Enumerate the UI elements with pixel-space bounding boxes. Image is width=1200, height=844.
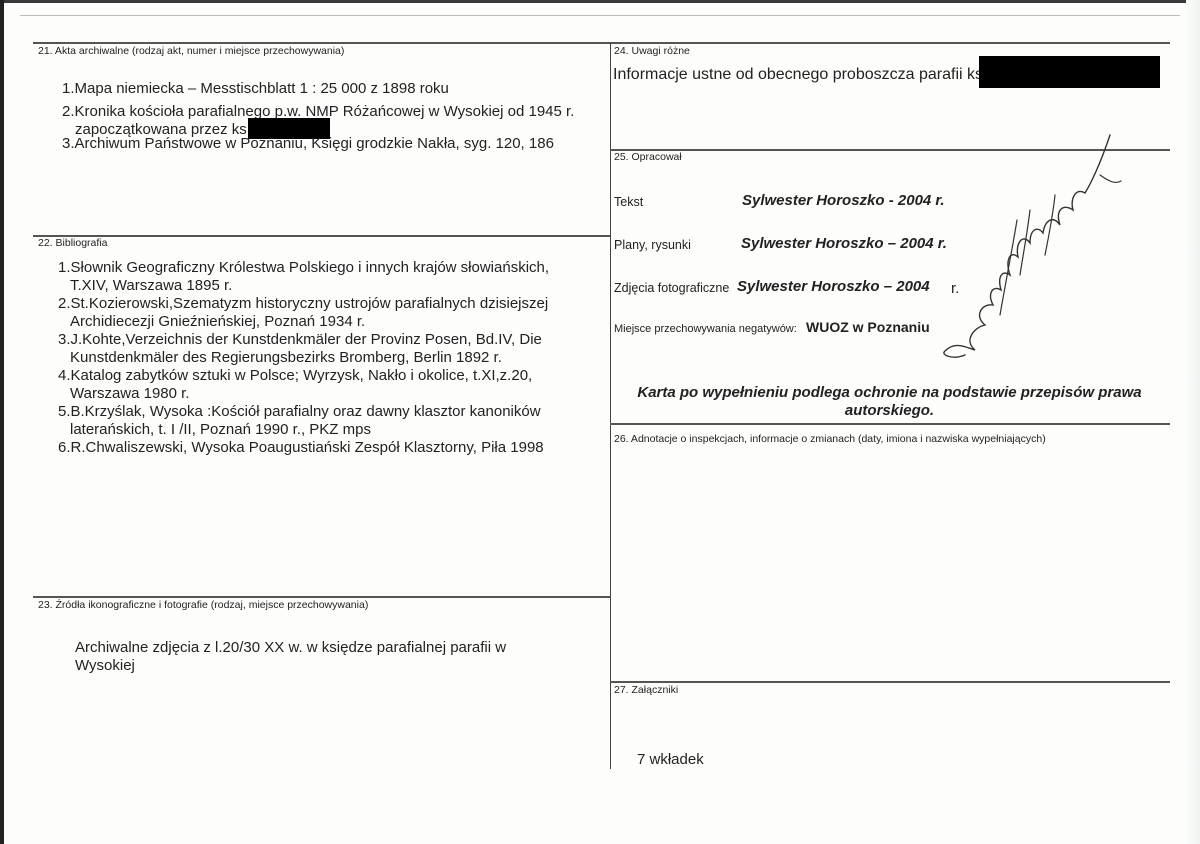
section-26-title: 26. Adnotacje o inspekcjach, informacje … xyxy=(614,433,1046,445)
copyright-notice: Karta po wypełnieniu podlega ochronie na… xyxy=(612,384,1167,420)
rule-section-26 xyxy=(610,423,1170,425)
bibliography-item: 1.Słownik Geograficzny Królestwa Polskie… xyxy=(58,259,588,295)
iconographic-sources-text: Archiwalne zdjęcia z l.20/30 XX w. w ksi… xyxy=(75,639,555,675)
faint-top-rule xyxy=(20,15,1180,16)
negatives-location-value: WUOZ w Poznaniu xyxy=(806,319,930,335)
text-author-label: Tekst xyxy=(614,195,643,209)
scan-edge-top xyxy=(0,0,1200,3)
section-25-title: 25. Opracował xyxy=(614,151,682,163)
rule-section-27 xyxy=(610,681,1170,683)
attachments-count: 7 wkładek xyxy=(637,751,704,769)
section-23-title: 23. Źródła ikonograficzne i fotografie (… xyxy=(38,599,368,611)
plans-author-value: Sylwester Horoszko – 2004 r. xyxy=(741,235,947,252)
archive-item-3: 3.Archiwum Państwowe w Poznaniu, Księgi … xyxy=(62,135,554,153)
redaction-box xyxy=(979,56,1160,88)
section-27-title: 27. Załączniki xyxy=(614,684,678,696)
photos-author-value: Sylwester Horoszko – 2004 xyxy=(737,278,930,295)
bibliography-item: 4.Katalog zabytków sztuki w Polsce; Wyrz… xyxy=(58,367,588,403)
section-24-title: 24. Uwagi różne xyxy=(614,45,690,57)
top-rule xyxy=(33,42,1170,44)
column-divider xyxy=(610,43,611,769)
photos-author-label: Zdjęcia fotograficzne xyxy=(614,281,729,295)
bibliography-list: 1.Słownik Geograficzny Królestwa Polskie… xyxy=(58,259,588,457)
bibliography-item: 2.St.Kozierowski,Szematyzm historyczny u… xyxy=(58,295,588,331)
negatives-location-label: Miejsce przechowywania negatywów: xyxy=(614,323,797,335)
rule-section-22 xyxy=(33,235,610,237)
bibliography-item: 3.J.Kohte,Verzeichnis der Kunstdenkmäler… xyxy=(58,331,588,367)
scan-edge-right xyxy=(1186,0,1200,844)
section-21-title: 21. Akta archiwalne (rodzaj akt, numer i… xyxy=(38,45,344,57)
rule-section-23 xyxy=(33,596,610,598)
remarks-text: Informacje ustne od obecnego proboszcza … xyxy=(613,66,987,84)
signature-icon xyxy=(935,115,1125,365)
bibliography-item: 5.B.Krzyślak, Wysoka :Kościół parafialny… xyxy=(58,403,588,439)
scan-edge-left xyxy=(0,0,4,844)
text-author-value: Sylwester Horoszko - 2004 r. xyxy=(742,192,945,209)
section-22-title: 22. Bibliografia xyxy=(38,237,107,249)
archive-item-1: 1.Mapa niemiecka – Messtischblatt 1 : 25… xyxy=(62,80,449,98)
bibliography-item: 6.R.Chwaliszewski, Wysoka Poaugustiański… xyxy=(58,439,588,457)
plans-author-label: Plany, rysunki xyxy=(614,238,691,252)
